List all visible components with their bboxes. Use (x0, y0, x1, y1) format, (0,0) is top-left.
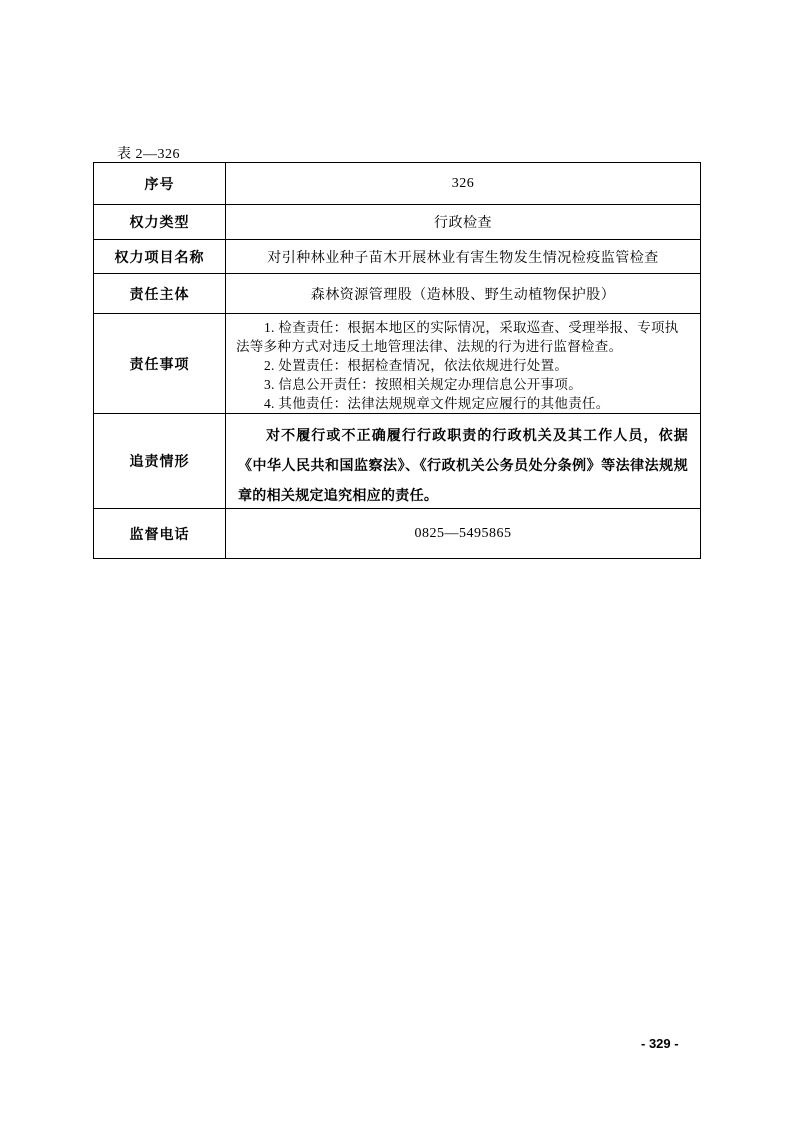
duty-item: 2. 处置责任：根据检查情况，依法依规进行处置。 (236, 356, 692, 375)
row-label: 权力类型 (94, 205, 226, 239)
row-label: 监督电话 (94, 509, 226, 558)
row-label: 追责情形 (94, 414, 226, 508)
row-responsibility-items: 责任事项 1. 检查责任：根据本地区的实际情况，采取巡查、受理举报、专项执法等多… (94, 313, 700, 413)
row-value: 森林资源管理股（造林股、野生动植物保护股） (226, 274, 700, 313)
duty-item: 1. 检查责任：根据本地区的实际情况，采取巡查、受理举报、专项执法等多种方式对违… (236, 318, 692, 356)
power-item-table: 序号 326 权力类型 行政检查 权力项目名称 对引种林业种子苗木开展林业有害生… (93, 162, 701, 559)
row-label: 责任主体 (94, 274, 226, 313)
accountability-text: 对不履行或不正确履行行政职责的行政机关及其工作人员，依据《中华人民共和国监察法》… (238, 420, 688, 510)
row-power-type: 权力类型 行政检查 (94, 204, 700, 239)
duty-item: 4. 其他责任：法律法规规章文件规定应履行的其他责任。 (236, 394, 692, 413)
row-label: 责任事项 (94, 314, 226, 413)
page-number: - 329 - (641, 1036, 679, 1051)
row-value: 0825—5495865 (226, 509, 700, 558)
row-serial-number: 序号 326 (94, 163, 700, 204)
row-label: 权力项目名称 (94, 240, 226, 273)
row-value: 对引种林业种子苗木开展林业有害生物发生情况检疫监管检查 (226, 240, 700, 273)
row-label: 序号 (94, 163, 226, 204)
row-power-item-name: 权力项目名称 对引种林业种子苗木开展林业有害生物发生情况检疫监管检查 (94, 239, 700, 273)
row-value: 对不履行或不正确履行行政职责的行政机关及其工作人员，依据《中华人民共和国监察法》… (226, 414, 700, 508)
duty-item: 3. 信息公开责任：按照相关规定办理信息公开事项。 (236, 375, 692, 394)
row-value: 行政检查 (226, 205, 700, 239)
row-accountability: 追责情形 对不履行或不正确履行行政职责的行政机关及其工作人员，依据《中华人民共和… (94, 413, 700, 508)
row-responsible-entity: 责任主体 森林资源管理股（造林股、野生动植物保护股） (94, 273, 700, 313)
table-caption: 表 2—326 (117, 143, 180, 163)
row-value: 326 (226, 163, 700, 204)
row-supervision-phone: 监督电话 0825—5495865 (94, 508, 700, 558)
row-value: 1. 检查责任：根据本地区的实际情况，采取巡查、受理举报、专项执法等多种方式对违… (226, 314, 700, 413)
